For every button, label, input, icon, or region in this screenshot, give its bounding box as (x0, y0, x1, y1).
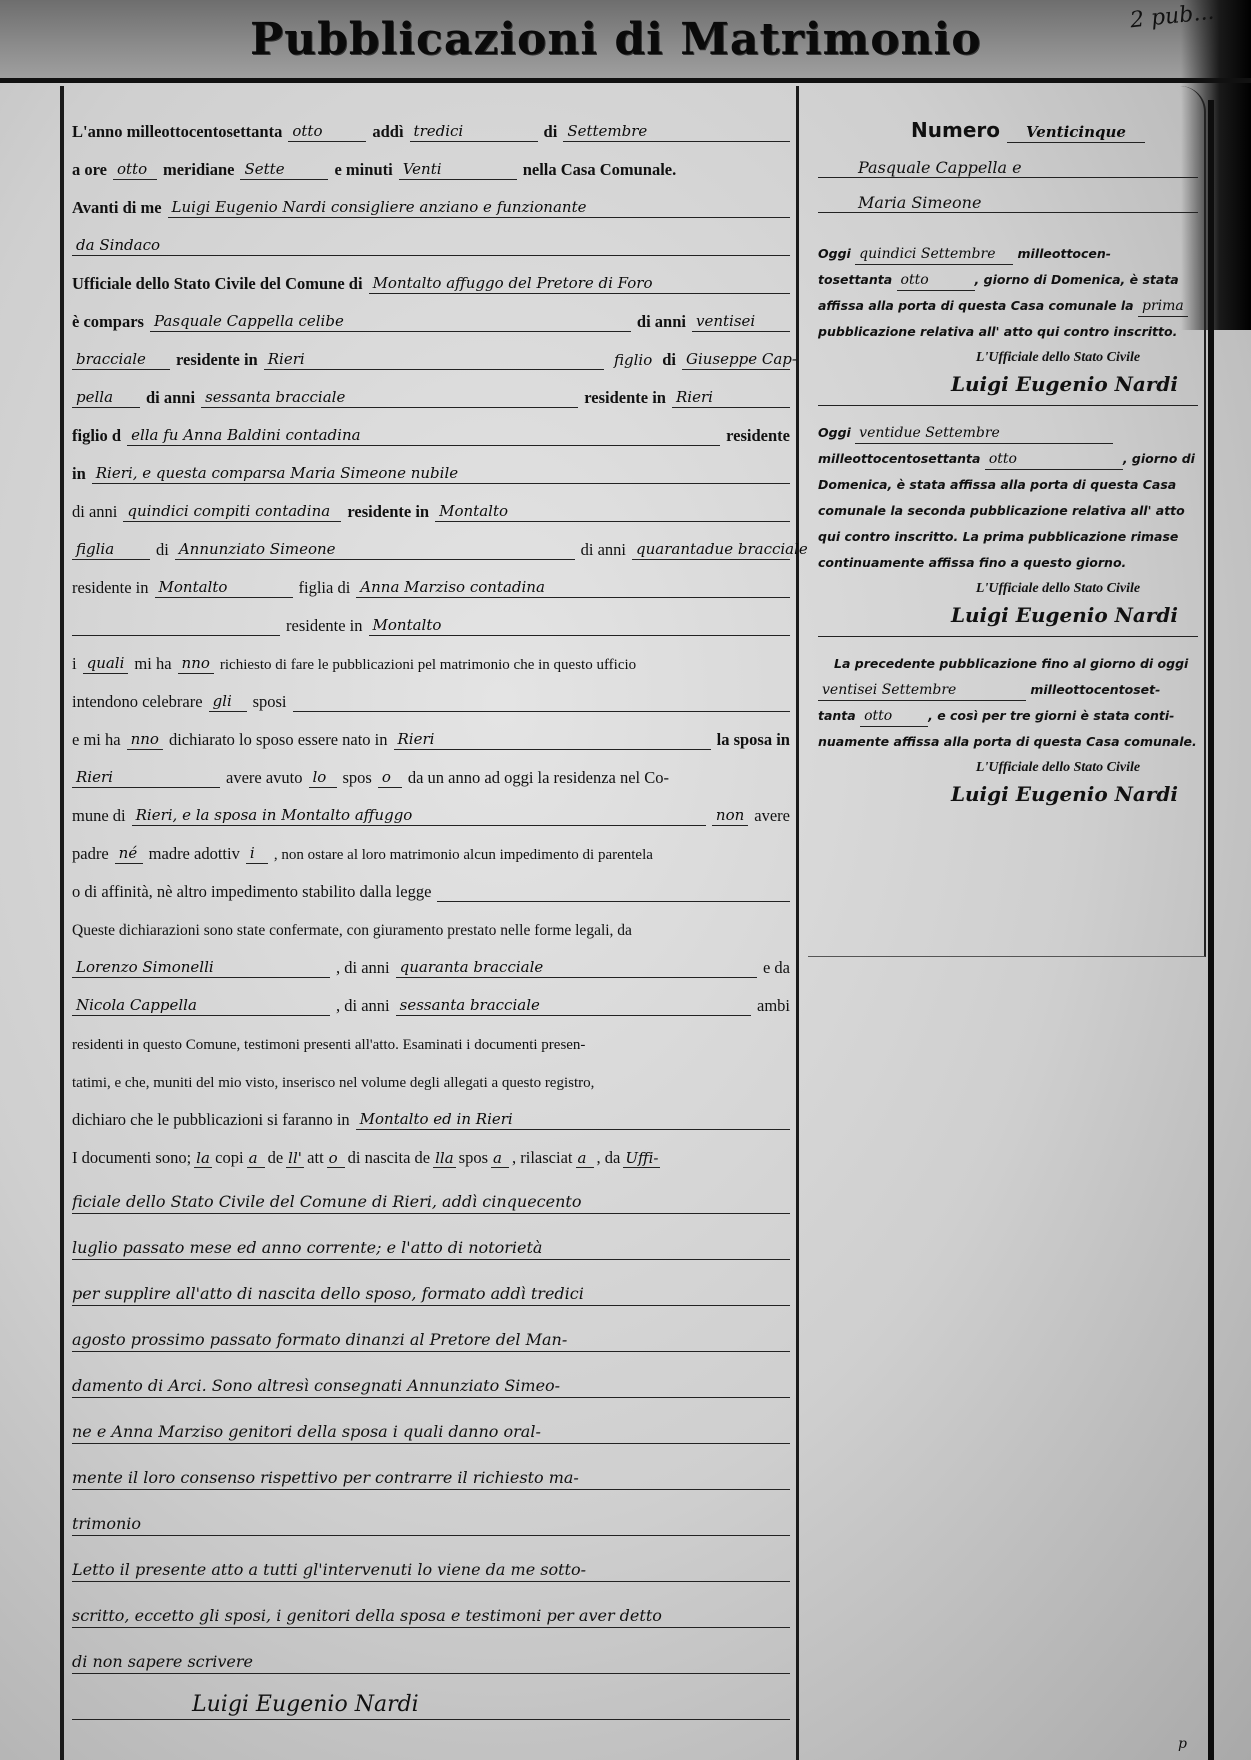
month-field: Settembre (563, 122, 790, 142)
printed-text: milleottocen- (1018, 246, 1111, 261)
printed-text: meridiane (163, 160, 235, 180)
printed-text: spos (343, 768, 372, 788)
spacer (818, 213, 1198, 227)
printed-text: di (662, 350, 676, 370)
publications-column: Numero Venticinque Pasquale Cappella e M… (818, 118, 1198, 815)
line-residence-year: Rieri avere avuto lo spos o da un anno a… (72, 750, 790, 788)
bride-birthplace-field: Rieri (72, 768, 220, 788)
spacer (818, 637, 1198, 651)
printed-text: richiesto di fare le pubblicazioni pel m… (220, 657, 636, 674)
pub2-year-field: otto (985, 450, 1123, 470)
printed-text: di anni (72, 502, 117, 522)
printed-text: Queste dichiarazioni sono state conferma… (72, 922, 632, 940)
officer-title: L'Ufficiale dello Stato Civile (918, 345, 1198, 371)
printed-text: milleottocentoset- (1030, 682, 1160, 697)
printed-text: e da (763, 958, 790, 978)
pub3-signature: Luigi Eugenio Nardi (818, 781, 1198, 815)
printed-text: , e così per tre giorni è stata conti- (928, 708, 1174, 723)
couple-name-line: Maria Simeone (818, 178, 1198, 213)
comune-field: Montalto affuggo del Pretore di Foro (369, 274, 790, 294)
handwritten-word: o (378, 768, 402, 788)
printed-text: pubblicazione relativa all' atto qui con… (818, 319, 1198, 345)
handwritten-line: per supplire all'atto di nascita dello s… (72, 1260, 790, 1306)
printed-text: tosettanta (818, 272, 892, 287)
groom-father-age-field: sessanta bracciale (201, 388, 578, 408)
printed-text: e mi ha (72, 730, 121, 750)
printed-text: di anni (637, 312, 686, 332)
column-divider (796, 86, 799, 1760)
handwritten-line: damento di Arci. Sono altresì consegnati… (72, 1352, 790, 1398)
printed-text: dichiaro che le pubblicazioni si faranno… (72, 1110, 350, 1130)
pub3-date-field: ventisei Settembre (818, 681, 1026, 701)
pub1-date-field: quindici Settembre (855, 245, 1013, 265)
line-documents-list: I documenti sono; la copi a de ll' att o… (72, 1130, 790, 1168)
printed-text: Ufficiale dello Stato Civile del Comune … (72, 274, 363, 294)
printed-text: addì (372, 122, 403, 142)
printed-text: a ore (72, 160, 107, 180)
officer-role-field: da Sindaco (72, 236, 790, 256)
bride-name-field: Rieri, e questa comparsa Maria Simeone n… (92, 464, 790, 484)
couple-name-line: Pasquale Cappella e (818, 143, 1198, 178)
line-groom-father: pella di anni sessanta bracciale residen… (72, 370, 790, 408)
printed-text: residente in (286, 616, 363, 636)
printed-text: di (156, 540, 169, 560)
handwritten-word: i (246, 844, 268, 864)
marriage-act-body: L'anno milleottocentosettanta otto addì … (72, 104, 790, 1760)
officer-signature: Luigi Eugenio Nardi (72, 1692, 419, 1717)
handwritten-line: ne e Anna Marziso genitori della sposa i… (72, 1398, 790, 1444)
line-impediment: padre né madre adottiv i , non ostare al… (72, 826, 790, 864)
groom-father-residence: Rieri (672, 388, 790, 408)
bride-residence-field: Montalto (435, 502, 790, 522)
page-title: Pubblicazioni di Matrimonio (250, 14, 982, 65)
line-bride-father: figlia di Annunziato Simeone di anni qua… (72, 522, 790, 560)
line-bride: in Rieri, e questa comparsa Maria Simeon… (72, 446, 790, 484)
line-intend: intendono celebrare gli sposi (72, 674, 790, 712)
printed-text: mi ha (134, 654, 171, 674)
handwritten-word: ll' (286, 1149, 304, 1168)
line-groom-residence: bracciale residente in Rieri figlio di G… (72, 332, 790, 370)
pub3-year-field: otto (860, 707, 928, 727)
groom-father-field: Giuseppe Cap- (682, 350, 790, 370)
printed-text: residente in (176, 350, 258, 370)
handwritten-word: la (194, 1149, 212, 1168)
bride-mother-residence: Montalto (369, 616, 790, 636)
printed-text: la sposa in (717, 730, 790, 750)
printed-text: Domenica, è stata affissa alla porta di … (818, 472, 1198, 498)
printed-text: di nascita de (348, 1148, 430, 1168)
handwritten-line: Letto il presente atto a tutti gl'interv… (72, 1536, 790, 1582)
printed-text: , giorno di (1123, 451, 1195, 466)
numero-value: Venticinque (1007, 123, 1145, 143)
handwritten-word: lo (309, 768, 337, 788)
printed-text: figlia di (299, 578, 351, 598)
line-officer-cont: da Sindaco (72, 218, 790, 256)
handwritten-word: figlia (72, 540, 150, 560)
spacer (818, 227, 1198, 241)
printed-text: intendono celebrare (72, 692, 203, 712)
line-officer: Avanti di me Luigi Eugenio Nardi consigl… (72, 180, 790, 218)
printed-text: , giorno di Domenica, è stata (975, 272, 1179, 287)
printed-text: è compars (72, 312, 144, 332)
handwritten-word: non (712, 806, 748, 826)
printed-text: copi (215, 1148, 243, 1168)
printed-text: Oggi (818, 425, 851, 440)
printed-text: I documenti sono; (72, 1148, 191, 1168)
line-birthplace: e mi ha nno dichiarato lo sposo essere n… (72, 712, 790, 750)
line-groom: è compars Pasquale Cappella celibe di an… (72, 294, 790, 332)
day-field: tredici (410, 122, 538, 142)
printed-text: comunale la seconda pubblicazione relati… (818, 498, 1198, 524)
printed-text: residente (726, 426, 790, 446)
printed-text: continuamente affissa fino a questo gior… (818, 550, 1198, 576)
printed-text: nuamente affissa alla porta di questa Ca… (818, 729, 1198, 755)
pub1-year-field: otto (897, 271, 975, 291)
officer-title: L'Ufficiale dello Stato Civile (918, 755, 1198, 781)
bride-mother-field: Anna Marziso contadina (356, 578, 790, 598)
numero-label: Numero (911, 118, 1000, 142)
second-publication: Oggi ventidue Settembre milleottocentose… (818, 420, 1198, 637)
bride-age-field: quindici compiti contadina (123, 502, 341, 522)
printed-text: padre (72, 844, 109, 864)
printed-text: di anni (581, 540, 626, 560)
line-witness-1: Lorenzo Simonelli , di anni quaranta bra… (72, 940, 790, 978)
handwritten-line: ficiale dello Stato Civile del Comune di… (72, 1168, 790, 1214)
printed-text: i (72, 654, 77, 674)
printed-text: in (72, 464, 86, 484)
line-groom-mother: figlio d ella fu Anna Baldini contadina … (72, 408, 790, 446)
line-request: i quali mi ha nno richiesto di fare le p… (72, 636, 790, 674)
publication-place-field: Montalto ed in Rieri (356, 1110, 790, 1130)
meridian-field: Sette (240, 160, 328, 180)
right-border (1208, 100, 1214, 1760)
printed-text: o di affinità, nè altro impedimento stab… (72, 882, 431, 902)
line-comune-residence: mune di Rieri, e la sposa in Montalto af… (72, 788, 790, 826)
handwritten-line: agosto prossimo passato formato dinanzi … (72, 1306, 790, 1352)
handwritten-word: nno (178, 654, 214, 674)
handwritten-word: lla (433, 1149, 456, 1168)
printed-text: residente in (584, 388, 666, 408)
printed-text: di anni (146, 388, 195, 408)
blank-ruled-line (72, 1720, 790, 1760)
bride-father-residence: Montalto (155, 578, 293, 598)
handwritten-word: Uffi- (623, 1149, 660, 1168)
printed-text: tanta (818, 708, 856, 723)
printed-text: mune di (72, 806, 126, 826)
printed-text: ambi (757, 996, 790, 1016)
printed-text: tatimi, e che, muniti del mio visto, ins… (72, 1075, 594, 1092)
hour-field: otto (113, 160, 157, 180)
bride-father-field: Annunziato Simeone (175, 540, 575, 560)
line-affinity: o di affinità, nè altro impedimento stab… (72, 864, 790, 902)
groom-residence-field: Rieri (264, 350, 604, 370)
handwritten-line: luglio passato mese ed anno corrente; e … (72, 1214, 790, 1260)
printed-text: , rilasciat (512, 1148, 572, 1168)
printed-text: Oggi (818, 246, 851, 261)
first-publication: Oggi quindici Settembre milleottocen- to… (818, 241, 1198, 406)
printed-text: di (544, 122, 558, 142)
handwritten-word: a (247, 1149, 265, 1168)
line-bride-mother: residente in Montalto figlia di Anna Mar… (72, 560, 790, 598)
line-witness-2: Nicola Cappella , di anni sessanta bracc… (72, 978, 790, 1016)
printed-text: qui contro inscritto. La prima pubblicaz… (818, 524, 1198, 550)
printed-text: e minuti (334, 160, 392, 180)
groom-profession-field: bracciale (72, 350, 170, 370)
residence-comune-field: Rieri, e la sposa in Montalto affuggo (132, 806, 706, 826)
line-bride-mother-res: residente in Montalto (72, 598, 790, 636)
printed-text: residenti in questo Comune, testimoni pr… (72, 1037, 585, 1054)
officer-name-field: Luigi Eugenio Nardi consigliere anziano … (168, 198, 790, 218)
handwritten-word: o (327, 1149, 345, 1168)
line-bride-age: di anni quindici compiti contadina resid… (72, 484, 790, 522)
handwritten-word: gli (209, 692, 247, 712)
pub1-ordinal-field: prima (1138, 297, 1188, 317)
line-year-date: L'anno milleottocentosettanta otto addì … (72, 104, 790, 142)
printed-text: L'anno milleottocentosettanta (72, 122, 282, 142)
printed-text: madre adottiv (149, 844, 240, 864)
printed-text: Avanti di me (72, 198, 162, 218)
groom-father-cont: pella (72, 388, 140, 408)
officer-signature-line: Luigi Eugenio Nardi (72, 1674, 790, 1720)
printed-text: , di anni (336, 958, 390, 978)
printed-text: affissa alla porta di questa Casa comuna… (818, 298, 1134, 313)
line-publication-place: dichiaro che le pubblicazioni si faranno… (72, 1092, 790, 1130)
witness-1-age: quaranta bracciale (396, 958, 757, 978)
printed-text: avere (754, 806, 790, 826)
printed-text: spos (459, 1148, 488, 1168)
handwritten-word: figlio (610, 351, 656, 370)
groom-name-field: Pasquale Cappella celibe (150, 312, 631, 332)
witness-1-name: Lorenzo Simonelli (72, 958, 330, 978)
handwritten-line: mente il loro consenso rispettivo per co… (72, 1444, 790, 1490)
printed-text: , non ostare al loro matrimonio alcun im… (274, 847, 653, 864)
pub2-signature: Luigi Eugenio Nardi (818, 602, 1198, 637)
header-rule (0, 78, 1251, 83)
printed-text: nella Casa Comunale. (523, 160, 677, 180)
witness-2-name: Nicola Cappella (72, 996, 330, 1016)
witness-2-age: sessanta bracciale (396, 996, 751, 1016)
line-declarations: Queste dichiarazioni sono state conferma… (72, 902, 790, 940)
printed-text: , di anni (336, 996, 390, 1016)
handwritten-word: a (491, 1149, 509, 1168)
groom-age-field: ventisei (692, 312, 790, 332)
bride-father-age-field: quarantadue bracciale (632, 540, 790, 560)
line-residents: residenti in questo Comune, testimoni pr… (72, 1016, 790, 1054)
pub1-signature: Luigi Eugenio Nardi (818, 371, 1198, 406)
printed-text: La precedente pubblicazione fino al gior… (818, 651, 1198, 677)
handwritten-word: quali (83, 654, 129, 674)
spacer (818, 406, 1198, 420)
printed-text: residente in (347, 502, 429, 522)
act-number: Numero Venticinque (858, 118, 1198, 143)
line-documents: tatimi, e che, muniti del mio visto, ins… (72, 1054, 790, 1092)
handwritten-line: di non sapere scrivere (72, 1628, 790, 1674)
printed-text: dichiarato lo sposo essere nato in (169, 730, 388, 750)
groom-mother-field: ella fu Anna Baldini contadina (127, 426, 720, 446)
minutes-field: Venti (399, 160, 517, 180)
groom-birthplace-field: Rieri (394, 730, 711, 750)
printed-text: att (307, 1148, 324, 1168)
publication-certification: La precedente pubblicazione fino al gior… (818, 651, 1198, 815)
handwritten-line: scritto, eccetto gli sposi, i genitori d… (72, 1582, 790, 1628)
line-comune: Ufficiale dello Stato Civile del Comune … (72, 256, 790, 294)
corner-mark: p (1178, 1736, 1187, 1752)
printed-text: milleottocentosettanta (818, 451, 980, 466)
printed-text: figlio d (72, 426, 121, 446)
handwritten-line: trimonio (72, 1490, 790, 1536)
handwritten-word: a (576, 1149, 594, 1168)
printed-text: da un anno ad oggi la residenza nel Co- (408, 768, 669, 788)
pub2-date-field: ventidue Settembre (855, 424, 1113, 444)
officer-title: L'Ufficiale dello Stato Civile (918, 576, 1198, 602)
printed-text: sposi (253, 692, 287, 712)
line-time: a ore otto meridiane Sette e minuti Vent… (72, 142, 790, 180)
printed-text: avere avuto (226, 768, 303, 788)
printed-text: , da (597, 1148, 621, 1168)
handwritten-word: nno (127, 730, 163, 750)
year-field: otto (288, 122, 366, 142)
left-border (60, 86, 64, 1760)
handwritten-word: né (115, 844, 143, 864)
printed-text: residente in (72, 578, 149, 598)
printed-text: de (268, 1148, 284, 1168)
